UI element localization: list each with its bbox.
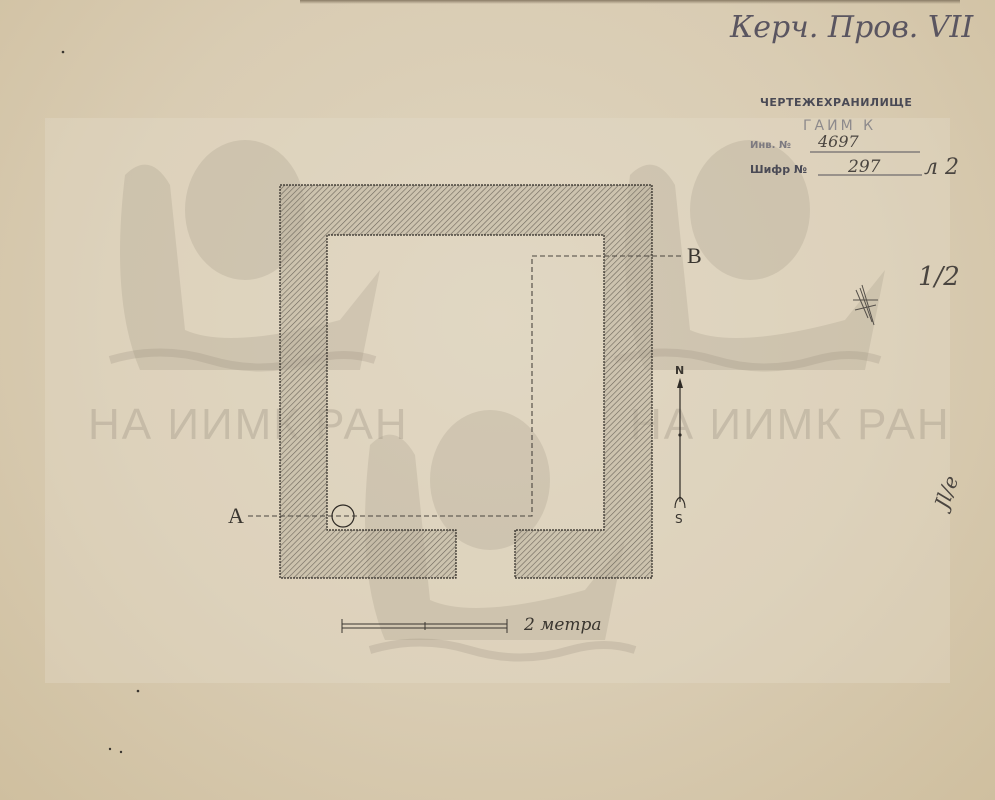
pit-marker [332,505,354,527]
scale-bar [342,619,507,633]
margin-scribble [853,285,878,325]
scale-label: 2 метра [524,615,602,635]
margin-fraction: 1/2 [918,262,960,292]
section-label-a: A [228,503,244,529]
stamp-title: ЧЕРТЕЖЕХРАНИЛИЩЕ [760,96,912,109]
stamp-shifr-value: 297 [848,157,880,177]
north-arrow-icon [675,378,685,508]
wall-hatched [280,185,652,578]
stamp-inv-label: Инв. № [750,140,791,151]
compass-south-label: S [675,512,683,526]
compass-north-label: N [675,364,684,377]
section-label-b: B [687,243,702,269]
handwritten-header: Керч. Пров. VII [730,10,973,45]
stamp-inv-value: 4697 [818,132,859,151]
stamp-shifr-suffix: л 2 [924,155,959,180]
stamp-shifr-label: Шифр № [750,163,807,176]
